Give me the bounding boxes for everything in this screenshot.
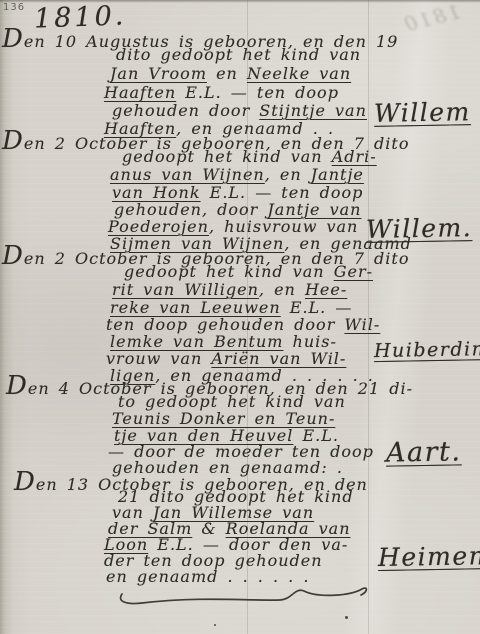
ink-speck bbox=[214, 624, 216, 626]
entry-text-line: Haaften E.L. — ten doop bbox=[104, 83, 339, 102]
entry-text-line: gehouden door Stijntje van bbox=[112, 101, 367, 120]
pencil-page-number: 136 bbox=[3, 2, 25, 13]
entry-text-line: rit van Willigen, en Hee- bbox=[112, 280, 347, 299]
entry-text-line: anus van Wijnen, en Jantje bbox=[110, 165, 364, 184]
entry-text-line: gedoopt het kind van Ger- bbox=[124, 262, 373, 281]
bleedthrough-year: 1810 bbox=[400, 0, 463, 37]
ink-speck bbox=[345, 616, 348, 619]
end-flourish bbox=[112, 580, 372, 614]
baptism-name: Heimen. bbox=[378, 541, 480, 572]
entry-text-line: Jan Vroom en Neelke van bbox=[110, 64, 351, 83]
register-page: 136 1810. 1810 Den 10 Augustus is geboor… bbox=[0, 0, 480, 634]
baptism-name: Huiberdina bbox=[374, 338, 480, 362]
entry-text-line: dito gedoopt het kind van bbox=[116, 45, 361, 64]
baptism-name: Willem. bbox=[366, 213, 473, 244]
baptism-name: Aart. bbox=[386, 436, 462, 468]
baptism-name: Willem bbox=[374, 97, 471, 128]
entry-text-line: gedoopt het kind van Adri- bbox=[122, 147, 377, 166]
